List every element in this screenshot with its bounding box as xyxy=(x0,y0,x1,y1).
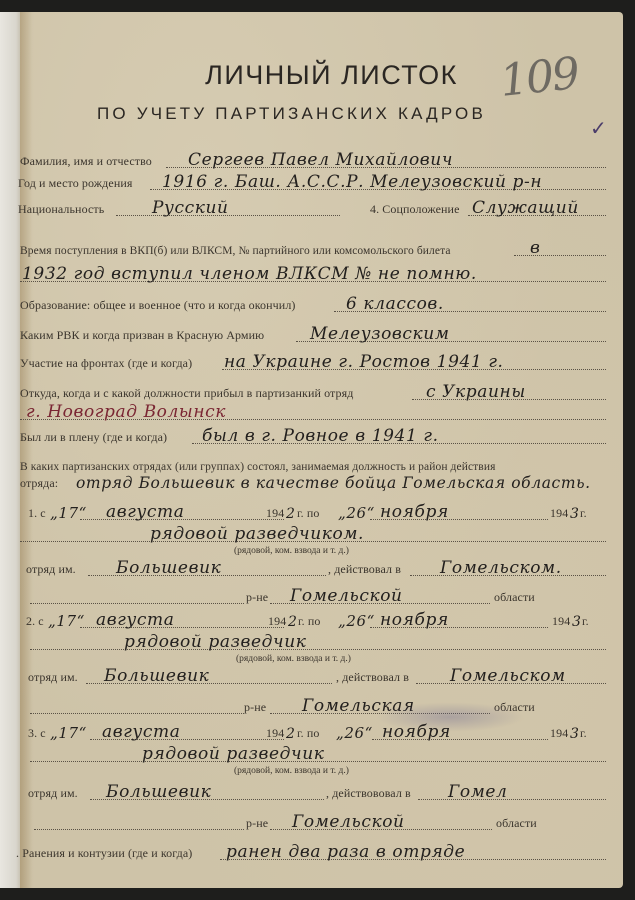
service-record-1-dates: 1. с „17“ августа 194 2 г. по „26“ ноябр… xyxy=(20,502,623,524)
field-education: Образование: общее и военное (что и когд… xyxy=(20,294,623,316)
label-party: Время поступления в ВКП(б) или ВЛКСМ, № … xyxy=(20,245,451,257)
year-suffix: г. xyxy=(580,506,587,521)
label-birth: Год и место рождения xyxy=(18,176,132,191)
unit-name: Большевик xyxy=(104,666,209,686)
service-record-3-unit: отряд им. Большевик , действововал в Гом… xyxy=(20,782,623,804)
record-number: 1. с xyxy=(28,506,46,521)
from-year-digit: 2 xyxy=(288,614,298,630)
to-month: ноября xyxy=(380,610,449,630)
value-arrival: с Украины xyxy=(426,382,526,402)
to-day: „26“ xyxy=(336,724,373,742)
unit-name: Большевик xyxy=(106,782,211,802)
unit-label: отряд им. xyxy=(26,562,76,577)
from-year-digit: 2 xyxy=(286,726,296,742)
field-party: Время поступления в ВКП(б) или ВЛКСМ, № … xyxy=(20,238,623,260)
year-suffix: г. xyxy=(582,614,589,629)
check-mark-icon: ✓ xyxy=(590,116,607,140)
acted-in: Гомельском. xyxy=(440,558,562,578)
date-separator: г. по xyxy=(297,506,320,521)
position: рядовой разведчиком. xyxy=(150,524,364,544)
from-year-digit: 2 xyxy=(286,506,296,522)
service-record-2-region: р-не Гомельская области xyxy=(20,696,623,718)
district-label: р-не xyxy=(246,590,268,605)
service-record-2-unit: отряд им. Большевик , действовал в Гомел… xyxy=(20,666,623,688)
service-record-3-dates: 3. с „17“ августа 194 2 г. по „26“ ноябр… xyxy=(20,722,623,744)
date-separator: г. по xyxy=(297,726,320,741)
from-month: августа xyxy=(96,610,174,630)
region: Гомельской xyxy=(292,812,405,832)
date-separator: г. по xyxy=(298,614,321,629)
unit-label: отряд им. xyxy=(28,786,78,801)
label-arrival: Откуда, когда и с какой должности прибыл… xyxy=(20,386,353,401)
acted-in: Гомел xyxy=(448,782,507,802)
record-number: 3. с xyxy=(28,726,46,741)
position-hint: (рядовой, ком. взвода и т. д.) xyxy=(236,654,351,664)
field-fronts: Участие на фронтах (где и когда) на Укра… xyxy=(20,352,623,374)
value-party-line2: 1932 год вступил членом ВЛКСМ № не помню… xyxy=(22,264,477,284)
service-record-3-region: р-не Гомельской области xyxy=(20,812,623,834)
position-hint: (рядовой, ком. взвода и т. д.) xyxy=(234,766,349,776)
to-year-digit: 3 xyxy=(570,726,580,742)
position-hint: (рядовой, ком. взвода и т. д.) xyxy=(234,546,349,556)
acted-in: Гомельском xyxy=(450,666,566,686)
from-year-prefix: 194 xyxy=(266,506,284,521)
to-year-prefix: 194 xyxy=(550,726,568,741)
value-party-end: в xyxy=(530,238,541,258)
region-label: области xyxy=(496,816,537,831)
to-year-digit: 3 xyxy=(572,614,582,630)
to-year-prefix: 194 xyxy=(552,614,570,629)
field-birth: Год и место рождения 1916 г. Баш. А.С.С.… xyxy=(20,172,623,194)
to-month: ноября xyxy=(380,502,449,522)
dotted-line xyxy=(30,603,244,604)
personal-record-sheet: ЛИЧНЫЙ ЛИСТОК ПО УЧЕТУ ПАРТИЗАНСКИХ КАДР… xyxy=(20,12,623,888)
district-label: р-не xyxy=(246,816,268,831)
document-subtitle: ПО УЧЕТУ ПАРТИЗАНСКИХ КАДРОВ xyxy=(0,104,593,124)
field-party-line2: 1932 год вступил членом ВЛКСМ № не помню… xyxy=(20,264,623,286)
to-year-prefix: 194 xyxy=(550,506,568,521)
acted-label: , действовал в xyxy=(336,670,409,685)
unit-name: Большевик xyxy=(116,558,221,578)
from-year-prefix: 194 xyxy=(266,726,284,741)
value-full-name: Сергеев Павел Михайлович xyxy=(188,150,453,170)
value-birth: 1916 г. Баш. А.С.С.Р. Мелеузовский р-н xyxy=(162,172,542,192)
field-wounds: . Ранения и контузии (где и когда) ранен… xyxy=(20,842,623,864)
field-full-name: Фамилия, имя и отчество Сергеев Павел Ми… xyxy=(20,150,623,172)
record-number: 2. с xyxy=(26,614,44,629)
to-year-digit: 3 xyxy=(570,506,580,522)
from-day: „17“ xyxy=(50,724,87,742)
dotted-line xyxy=(514,255,606,256)
field-nationality: Национальность Русский 4. Соцположение С… xyxy=(20,198,623,220)
from-month: августа xyxy=(102,722,180,742)
from-year-prefix: 194 xyxy=(268,614,286,629)
value-nationality: Русский xyxy=(152,198,229,218)
service-record-1-unit: отряд им. Большевик , действовал в Гомел… xyxy=(20,558,623,580)
dotted-line xyxy=(418,799,606,800)
label-education: Образование: общее и военное (что и когд… xyxy=(20,298,296,313)
acted-label: , действовал в xyxy=(328,562,401,577)
region: Гомельской xyxy=(290,586,403,606)
field-arrival-line2: г. Новоград Волынск xyxy=(20,402,623,424)
value-units: отряд Большевик в качестве бойца Гомельс… xyxy=(76,474,591,492)
value-wounds: ранен два раза в отряде xyxy=(226,842,465,862)
acted-label: , действововал в xyxy=(326,786,411,801)
position: рядовой разведчик xyxy=(124,632,307,652)
label-wounds: . Ранения и контузии (где и когда) xyxy=(16,846,192,861)
service-record-1-position: рядовой разведчиком. xyxy=(20,524,623,546)
region-label: области xyxy=(494,590,535,605)
field-arrival: Откуда, когда и с какой должности прибыл… xyxy=(20,382,623,404)
unit-label: отряд им. xyxy=(28,670,78,685)
dotted-line xyxy=(34,829,244,830)
service-record-1-region: р-не Гомельской области xyxy=(20,586,623,608)
scan-left-margin xyxy=(0,12,20,888)
label-social-status: 4. Соцположение xyxy=(370,202,460,217)
value-captivity: был в г. Ровное в 1941 г. xyxy=(202,426,439,446)
label-captivity: Был ли в плену (где и когда) xyxy=(20,430,167,445)
label-conscription: Каким РВК и когда призван в Красную Арми… xyxy=(20,328,264,343)
label-nationality: Национальность xyxy=(18,202,104,217)
field-conscription: Каким РВК и когда призван в Красную Арми… xyxy=(20,324,623,346)
service-record-2-dates: 2. с „17“ августа 194 2 г. по „26“ ноябр… xyxy=(20,610,623,632)
label-units-line2: отряда: xyxy=(20,476,58,491)
year-suffix: г. xyxy=(580,726,587,741)
position: рядовой разведчик xyxy=(142,744,325,764)
field-units-line2: отряда: отряд Большевик в качестве бойца… xyxy=(20,472,623,494)
value-conscription: Мелеузовским xyxy=(310,324,450,344)
value-education: 6 классов. xyxy=(346,294,444,314)
value-social-status: Служащий xyxy=(472,198,579,218)
dotted-line xyxy=(30,713,244,714)
label-fronts: Участие на фронтах (где и когда) xyxy=(20,356,192,371)
value-arrival-line2: г. Новоград Волынск xyxy=(26,402,226,422)
field-captivity: Был ли в плену (где и когда) был в г. Ро… xyxy=(20,426,623,448)
label-full-name: Фамилия, имя и отчество xyxy=(20,154,152,169)
value-fronts: на Украине г. Ростов 1941 г. xyxy=(224,352,504,372)
district-label: р-не xyxy=(244,700,266,715)
from-month: августа xyxy=(106,502,184,522)
service-record-3-position: рядовой разведчик xyxy=(20,744,623,766)
dotted-line xyxy=(30,649,606,650)
archive-number: 109 xyxy=(498,48,581,107)
service-record-2-position: рядовой разведчик xyxy=(20,632,623,654)
to-month: ноября xyxy=(382,722,451,742)
